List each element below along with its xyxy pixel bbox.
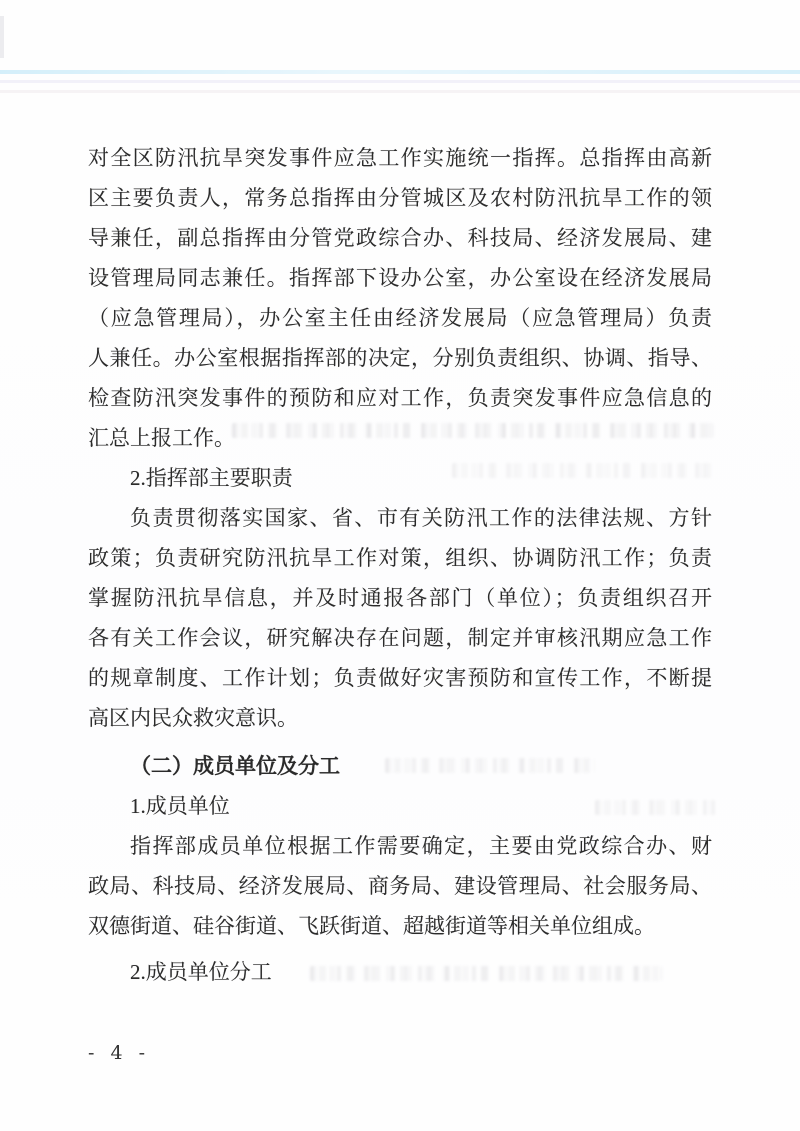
document-page: 对全区防汛抗旱突发事件应急工作实施统一指挥。总指挥由高新区主要负责人，常务总指挥… [0,0,800,1131]
text-line: 区主要负责人，常务总指挥由分管城区及农村防汛抗旱工作的领 [88,178,712,218]
text-block: 对全区防汛抗旱突发事件应急工作实施统一指挥。总指挥由高新区主要负责人，常务总指挥… [88,138,712,992]
text-line: 高区内民众救灾意识。 [88,698,712,738]
text-line: 双德街道、硅谷街道、飞跃街道、超越街道等相关单位组成。 [88,906,712,946]
text-line: 2.成员单位分工 [88,952,712,992]
text-line: 的规章制度、工作计划；负责做好灾害预防和宣传工作，不断提 [88,658,712,698]
text-line: 指挥部成员单位根据工作需要确定，主要由党政综合办、财 [88,826,712,866]
text-line: （二）成员单位及分工 [88,746,712,786]
text-line: 设管理局同志兼任。指挥部下设办公室，办公室设在经济发展局 [88,258,712,298]
text-line: 检查防汛突发事件的预防和应对工作，负责突发事件应急信息的 [88,378,712,418]
text-line: 政策；负责研究防汛抗旱工作对策，组织、协调防汛工作；负责 [88,538,712,578]
scan-stripe-artifact [0,80,800,83]
text-line: 人兼任。办公室根据指挥部的决定，分别负责组织、协调、指导、 [88,338,712,378]
text-line: （应急管理局），办公室主任由经济发展局（应急管理局）负责 [88,298,712,338]
text-line: 对全区防汛抗旱突发事件应急工作实施统一指挥。总指挥由高新 [88,138,712,178]
text-line: 1.成员单位 [88,786,712,826]
page-number: - 4 - [88,1042,150,1064]
text-line: 掌握防汛抗旱信息，并及时通报各部门（单位）；负责组织召开 [88,578,712,618]
text-line: 导兼任，副总指挥由分管党政综合办、科技局、经济发展局、建 [88,218,712,258]
text-line: 汇总上报工作。 [88,418,712,458]
scan-stripe-artifact [0,90,800,93]
text-line: 各有关工作会议，研究解决存在问题，制定并审核汛期应急工作 [88,618,712,658]
scan-smudge-artifact [0,16,4,58]
text-line: 2.指挥部主要职责 [88,458,712,498]
text-line: 政局、科技局、经济发展局、商务局、建设管理局、社会服务局、 [88,866,712,906]
text-line: 负责贯彻落实国家、省、市有关防汛工作的法律法规、方针 [88,498,712,538]
scan-stripe-artifact [0,70,800,74]
